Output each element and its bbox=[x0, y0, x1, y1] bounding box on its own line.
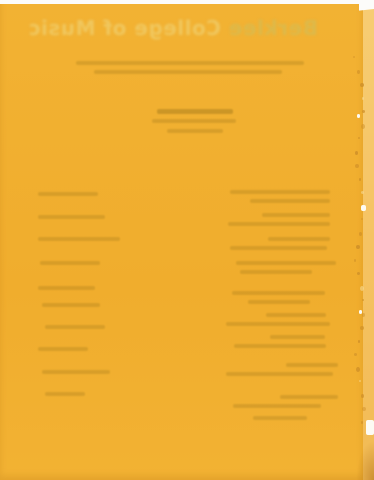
masthead-rest: College of Music bbox=[28, 16, 228, 46]
showthrough-text-line bbox=[286, 363, 338, 367]
bottom-right-corner-shadow bbox=[356, 440, 374, 480]
showthrough-text-line bbox=[253, 416, 307, 420]
showthrough-text-line bbox=[38, 237, 120, 241]
showthrough-text-line bbox=[45, 392, 85, 396]
showthrough-text-line bbox=[38, 192, 98, 196]
white-scan-speck bbox=[361, 205, 366, 211]
showthrough-text-line bbox=[280, 395, 338, 399]
torn-edge-speck bbox=[356, 367, 360, 372]
orange-paper: Berklee College of Music bbox=[0, 0, 363, 480]
white-scan-speck bbox=[357, 114, 360, 118]
torn-edge-speck bbox=[362, 407, 366, 411]
showthrough-text-line bbox=[236, 261, 336, 265]
showthrough-text-line bbox=[40, 261, 100, 265]
torn-edge-speck bbox=[353, 56, 355, 58]
showthrough-text-line bbox=[230, 190, 330, 194]
showthrough-text-line bbox=[38, 215, 105, 219]
showthrough-text-line bbox=[250, 199, 330, 203]
showthrough-text-line bbox=[38, 286, 95, 290]
showthrough-text-line bbox=[167, 129, 223, 133]
showthrough-text-line bbox=[38, 347, 88, 351]
showthrough-text-line bbox=[226, 372, 333, 376]
torn-edge-speck bbox=[360, 83, 364, 87]
showthrough-text-line bbox=[230, 246, 327, 250]
showthrough-text-line bbox=[248, 300, 310, 304]
showthrough-text-line bbox=[226, 322, 330, 326]
showthrough-text-line bbox=[42, 303, 100, 307]
torn-edge-speck bbox=[361, 191, 364, 194]
white-scan-speck bbox=[366, 420, 374, 435]
showthrough-text-line bbox=[233, 404, 321, 408]
torn-edge-speck bbox=[362, 110, 365, 113]
showthrough-text-line bbox=[45, 325, 105, 329]
showthrough-text-line bbox=[76, 61, 304, 65]
scanner-edge-top-right bbox=[359, 0, 374, 11]
torn-edge-speck bbox=[358, 340, 360, 343]
masthead-showthrough-title: Berklee College of Music bbox=[30, 16, 316, 46]
scanned-program-page: Berklee College of Music bbox=[0, 0, 374, 480]
torn-edge-speck bbox=[360, 286, 364, 291]
torn-edge-speck bbox=[362, 299, 364, 301]
white-scan-speck bbox=[359, 310, 362, 314]
torn-edge-speck bbox=[362, 97, 364, 100]
showthrough-text-line bbox=[266, 313, 326, 317]
showthrough-text-line bbox=[240, 270, 312, 274]
masthead-word-berklee: Berklee bbox=[228, 16, 317, 46]
torn-edge-speck bbox=[361, 394, 364, 398]
torn-edge-speck bbox=[354, 353, 357, 356]
showthrough-text-line bbox=[157, 109, 233, 114]
torn-edge-speck bbox=[361, 421, 363, 424]
showthrough-text-line bbox=[152, 119, 236, 123]
showthrough-text-line bbox=[268, 237, 330, 241]
showthrough-text-line bbox=[270, 335, 325, 339]
torn-edge-speck bbox=[354, 259, 356, 262]
showthrough-text-line bbox=[262, 213, 330, 217]
showthrough-text-line bbox=[228, 222, 330, 226]
torn-edge-speck bbox=[359, 178, 361, 181]
showthrough-text-line bbox=[42, 370, 110, 374]
showthrough-text-line bbox=[234, 344, 326, 348]
torn-edge-speck bbox=[361, 124, 365, 129]
torn-edge-speck bbox=[362, 313, 365, 317]
showthrough-text-line bbox=[94, 70, 282, 74]
torn-edge-speck bbox=[357, 70, 360, 74]
torn-edge-speck bbox=[355, 151, 358, 155]
scanner-edge-top bbox=[0, 0, 374, 4]
showthrough-text-line bbox=[232, 291, 325, 295]
